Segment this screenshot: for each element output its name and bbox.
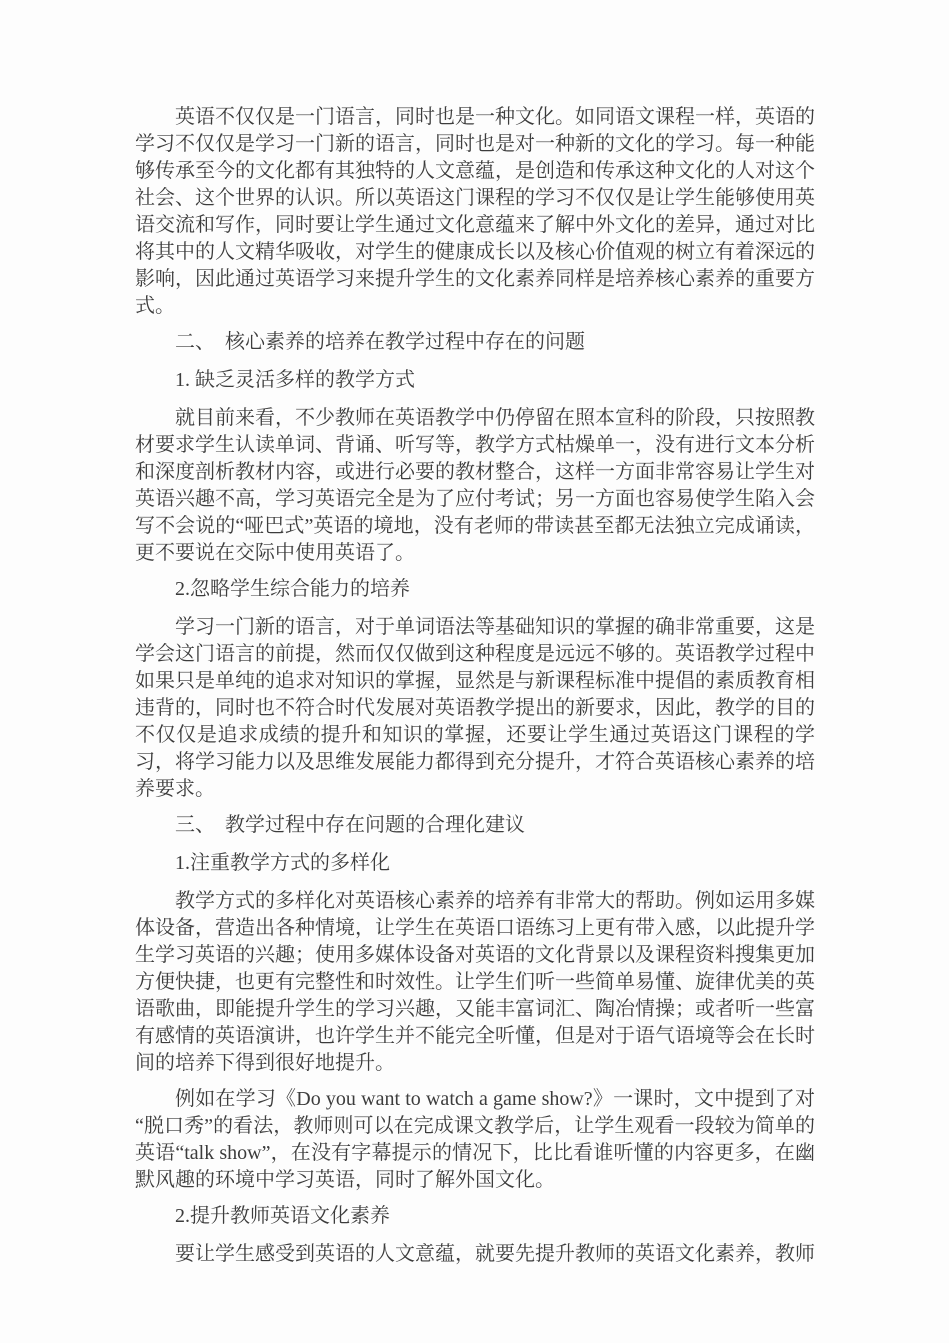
section-heading: 1. 缺乏灵活多样的教学方式	[135, 367, 815, 394]
paragraph: 要让学生感受到英语的人文意蕴，就要先提升教师的英语文化素养，教师	[135, 1241, 815, 1268]
document-page: 英语不仅仅是一门语言，同时也是一种文化。如同语文课程一样，英语的学习不仅仅是学习…	[0, 0, 949, 1343]
section-heading: 1.注重教学方式的多样化	[135, 850, 815, 877]
paragraph: 英语不仅仅是一门语言，同时也是一种文化。如同语文课程一样，英语的学习不仅仅是学习…	[135, 104, 815, 320]
paragraph: 例如在学习《Do you want to watch a game show?》…	[135, 1086, 815, 1194]
paragraph: 教学方式的多样化对英语核心素养的培养有非常大的帮助。例如运用多媒体设备，营造出各…	[135, 888, 815, 1077]
section-heading: 二、 核心素养的培养在教学过程中存在的问题	[135, 329, 815, 356]
paragraph: 就目前来看，不少教师在英语教学中仍停留在照本宣科的阶段，只按照教材要求学生认读单…	[135, 405, 815, 567]
document-content: 英语不仅仅是一门语言，同时也是一种文化。如同语文课程一样，英语的学习不仅仅是学习…	[135, 104, 815, 1277]
section-heading: 三、 教学过程中存在问题的合理化建议	[135, 812, 815, 839]
section-heading: 2.提升教师英语文化素养	[135, 1203, 815, 1230]
section-heading: 2.忽略学生综合能力的培养	[135, 576, 815, 603]
paragraph: 学习一门新的语言，对于单词语法等基础知识的掌握的确非常重要，这是学会这门语言的前…	[135, 614, 815, 803]
